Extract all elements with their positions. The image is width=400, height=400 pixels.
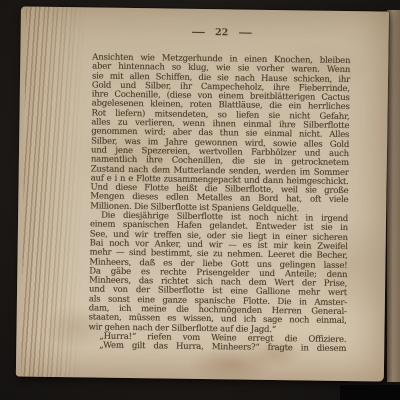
page-number: 22: [215, 27, 228, 38]
page-text-block: Ansichten wie Metzgerhunde in einen Knoc…: [88, 53, 350, 354]
adjacent-page-edge: [387, 10, 400, 382]
scan-black-patch: [340, 385, 400, 400]
book-page: — 22 — Ansichten wie Metzgerhunde in ein…: [16, 6, 389, 381]
header-dash-right: —: [238, 27, 252, 38]
scan-background: — 22 — Ansichten wie Metzgerhunde in ein…: [0, 0, 400, 400]
header-dash-left: —: [191, 27, 205, 38]
